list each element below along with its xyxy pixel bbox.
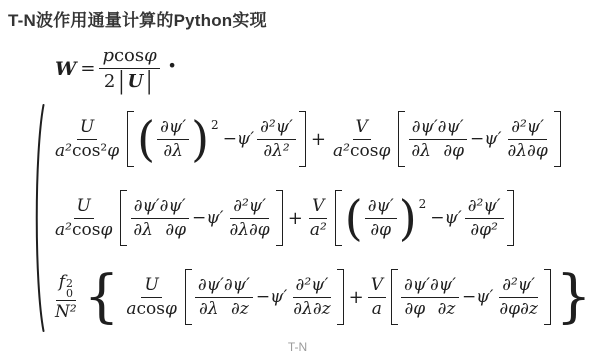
second-derivative-fraction: ∂²ψ′ ∂λ² bbox=[257, 117, 296, 162]
var-phi: φ bbox=[165, 299, 177, 319]
derivative-fraction: ∂ψ′ ∂λ bbox=[157, 117, 189, 162]
var-phi: φ bbox=[100, 220, 112, 240]
d2-den: ∂λ∂z bbox=[290, 298, 333, 320]
equals-sign: = bbox=[80, 58, 95, 79]
coefficient-fraction: U acosφ bbox=[123, 275, 180, 320]
abs-bar: | bbox=[118, 66, 124, 97]
d-den: ∂λ bbox=[160, 140, 186, 162]
coef-numerator: V bbox=[309, 196, 327, 219]
coef-denominator: acosφ bbox=[123, 298, 180, 320]
left-bracket bbox=[185, 269, 192, 325]
d2-num: ∂²ψ′ bbox=[230, 196, 269, 219]
d2-den: ∂λ² bbox=[260, 140, 292, 162]
multiply-dot-icon: · bbox=[168, 51, 177, 80]
right-paren: ) bbox=[191, 115, 209, 163]
cos-label: cos bbox=[72, 220, 100, 240]
right-bracket bbox=[299, 111, 306, 167]
d2-num: ∂²ψ′ bbox=[508, 117, 547, 140]
const-two: 2 bbox=[104, 71, 115, 92]
var-a: a² bbox=[333, 141, 350, 161]
var-phi: φ bbox=[144, 45, 157, 66]
right-paren: ) bbox=[399, 194, 417, 242]
coef-denominator: a² bbox=[307, 219, 330, 241]
formula-lead: W = pcosφ 2|U| · bbox=[55, 44, 176, 93]
var-phi: φ bbox=[107, 141, 119, 161]
lead-fraction: pcosφ 2|U| bbox=[99, 44, 159, 93]
vector-rows: U a²cos²φ ( ∂ψ′ ∂λ ) 2 −ψ′ ∂²ψ′ ∂λ² bbox=[46, 102, 594, 334]
abs-bar: | bbox=[146, 66, 152, 97]
cross-derivative-fraction: ∂ψ′∂ψ′ ∂λ ∂φ bbox=[130, 196, 189, 241]
cos-label: cos bbox=[114, 45, 144, 66]
coef-numerator: U bbox=[74, 196, 94, 219]
right-bracket bbox=[337, 269, 344, 325]
coef-denominator: a bbox=[369, 298, 385, 320]
var-f: f bbox=[59, 272, 65, 292]
flux-term: V a ∂ψ′∂ψ′ ∂φ ∂z −ψ′ ∂²ψ′ ∂φ∂z bbox=[367, 269, 553, 325]
left-paren: ( bbox=[137, 115, 155, 163]
plus-sign: + bbox=[349, 287, 364, 308]
coef-denominator: a²cosφ bbox=[330, 140, 393, 162]
minus-psi: −ψ′ bbox=[430, 208, 461, 228]
second-derivative-fraction: ∂²ψ′ ∂λ∂z bbox=[290, 275, 333, 320]
cross-derivative-fraction: ∂ψ′∂ψ′ ∂λ ∂z bbox=[195, 275, 253, 320]
second-derivative-fraction: ∂²ψ′ ∂φ∂z bbox=[496, 275, 540, 320]
var-a: a² bbox=[55, 141, 72, 161]
d-num: ∂ψ′∂ψ′ bbox=[195, 275, 253, 298]
var-p: p bbox=[102, 45, 114, 66]
cos-label: cos bbox=[136, 299, 164, 319]
d-num: ∂ψ′∂ψ′ bbox=[409, 117, 467, 140]
formula-row-z: f20 N² { U acosφ ∂ψ′∂ψ′ ∂λ ∂z −ψ′ bbox=[51, 261, 594, 333]
d2-den: ∂φ² bbox=[467, 219, 501, 241]
sub-0: 0 bbox=[66, 289, 73, 299]
plus-sign: + bbox=[288, 208, 303, 229]
d2-den: ∂λ∂φ bbox=[226, 219, 272, 241]
flux-term: V a²cosφ ∂ψ′∂ψ′ ∂λ ∂φ −ψ′ ∂²ψ′ ∂λ∂φ bbox=[329, 111, 563, 167]
formula-row-x: U a²cos²φ ( ∂ψ′ ∂λ ) 2 −ψ′ ∂²ψ′ ∂λ² bbox=[51, 103, 594, 175]
d-den: ∂φ ∂z bbox=[402, 298, 459, 320]
coef-numerator: V bbox=[353, 117, 371, 140]
coefficient-fraction: U a²cos²φ bbox=[52, 117, 122, 162]
minus-psi: −ψ′ bbox=[192, 208, 223, 228]
d-den: ∂λ ∂φ bbox=[408, 140, 467, 162]
d2-num: ∂²ψ′ bbox=[293, 275, 332, 298]
d2-num: ∂²ψ′ bbox=[257, 117, 296, 140]
var-phi: φ bbox=[378, 141, 390, 161]
coef-denominator: a²cos²φ bbox=[52, 140, 122, 162]
coefficient-fraction: U a²cosφ bbox=[52, 196, 115, 241]
minus-psi: −ψ′ bbox=[470, 129, 501, 149]
wave-activity-flux-vector: U a²cos²φ ( ∂ψ′ ∂λ ) 2 −ψ′ ∂²ψ′ ∂λ² bbox=[30, 102, 586, 334]
flux-term: U acosφ ∂ψ′∂ψ′ ∂λ ∂z −ψ′ ∂²ψ′ ∂λ∂z bbox=[122, 269, 345, 325]
d-den: ∂φ bbox=[367, 219, 394, 241]
minus-psi: −ψ′ bbox=[256, 287, 287, 307]
d-num: ∂ψ′∂ψ′ bbox=[131, 196, 189, 219]
right-brace: } bbox=[556, 268, 592, 325]
right-bracket bbox=[544, 269, 551, 325]
derivative-fraction: ∂ψ′ ∂φ bbox=[365, 196, 397, 241]
d-den: ∂λ ∂z bbox=[196, 298, 252, 320]
page-title: T-N波作用通量计算的Python实现 bbox=[8, 6, 267, 31]
flux-term: U a²cos²φ ( ∂ψ′ ∂λ ) 2 −ψ′ ∂²ψ′ ∂λ² bbox=[51, 111, 308, 167]
coefficient-fraction: V a²cosφ bbox=[330, 117, 393, 162]
var-a: a bbox=[126, 299, 136, 319]
cos-label: cos² bbox=[72, 141, 107, 161]
right-bracket bbox=[507, 190, 514, 246]
var-a: a² bbox=[55, 220, 72, 240]
N-squared: N² bbox=[52, 301, 80, 323]
second-derivative-fraction: ∂²ψ′ ∂λ∂φ bbox=[504, 117, 550, 162]
right-bracket bbox=[554, 111, 561, 167]
left-bracket bbox=[127, 111, 134, 167]
d2-den: ∂φ∂z bbox=[496, 298, 540, 320]
d2-num: ∂²ψ′ bbox=[465, 196, 504, 219]
f0-squared: f20 bbox=[56, 272, 76, 301]
second-derivative-fraction: ∂²ψ′ ∂λ∂φ bbox=[226, 196, 272, 241]
left-bracket bbox=[398, 111, 405, 167]
d-num: ∂ψ′ bbox=[365, 196, 397, 219]
figure-caption: T-N bbox=[0, 340, 595, 354]
squared-exponent: 2 bbox=[211, 118, 219, 132]
coef-denominator: a²cosφ bbox=[52, 219, 115, 241]
d-num: ∂ψ′∂ψ′ bbox=[401, 275, 459, 298]
flux-term: V a² ( ∂ψ′ ∂φ ) 2 −ψ′ ∂²ψ′ ∂φ² bbox=[306, 190, 516, 246]
d-num: ∂ψ′ bbox=[157, 117, 189, 140]
big-left-paren-icon bbox=[30, 102, 46, 334]
d2-num: ∂²ψ′ bbox=[499, 275, 538, 298]
plus-sign: + bbox=[311, 129, 326, 150]
minus-psi: −ψ′ bbox=[462, 287, 493, 307]
second-derivative-fraction: ∂²ψ′ ∂φ² bbox=[465, 196, 504, 241]
f0-over-N2-fraction: f20 N² bbox=[52, 272, 80, 323]
formula-row-y: U a²cosφ ∂ψ′∂ψ′ ∂λ ∂φ −ψ′ ∂²ψ′ ∂λ∂φ bbox=[51, 182, 594, 254]
coefficient-fraction: V a bbox=[368, 275, 386, 320]
coef-numerator: U bbox=[77, 117, 97, 140]
cross-derivative-fraction: ∂ψ′∂ψ′ ∂λ ∂φ bbox=[408, 117, 467, 162]
var-U: U bbox=[127, 71, 143, 92]
sup-sub-stack: 20 bbox=[66, 279, 73, 299]
coef-numerator: V bbox=[368, 275, 386, 298]
left-bracket bbox=[335, 190, 342, 246]
d-den: ∂λ ∂φ bbox=[130, 219, 189, 241]
flux-term: U a²cosφ ∂ψ′∂ψ′ ∂λ ∂φ −ψ′ ∂²ψ′ ∂λ∂φ bbox=[51, 190, 285, 246]
left-paren: ( bbox=[345, 194, 363, 242]
left-bracket bbox=[120, 190, 127, 246]
cross-derivative-fraction: ∂ψ′∂ψ′ ∂φ ∂z bbox=[401, 275, 459, 320]
left-bracket bbox=[391, 269, 398, 325]
coefficient-fraction: V a² bbox=[307, 196, 330, 241]
minus-psi: −ψ′ bbox=[223, 129, 254, 149]
squared-exponent: 2 bbox=[419, 197, 427, 211]
right-bracket bbox=[276, 190, 283, 246]
left-brace: { bbox=[84, 268, 120, 325]
cos-label: cos bbox=[350, 141, 378, 161]
coef-numerator: U bbox=[141, 275, 161, 298]
d2-den: ∂λ∂φ bbox=[504, 140, 550, 162]
formula-lhs: W bbox=[55, 58, 76, 80]
lead-denominator: 2|U| bbox=[101, 69, 158, 93]
